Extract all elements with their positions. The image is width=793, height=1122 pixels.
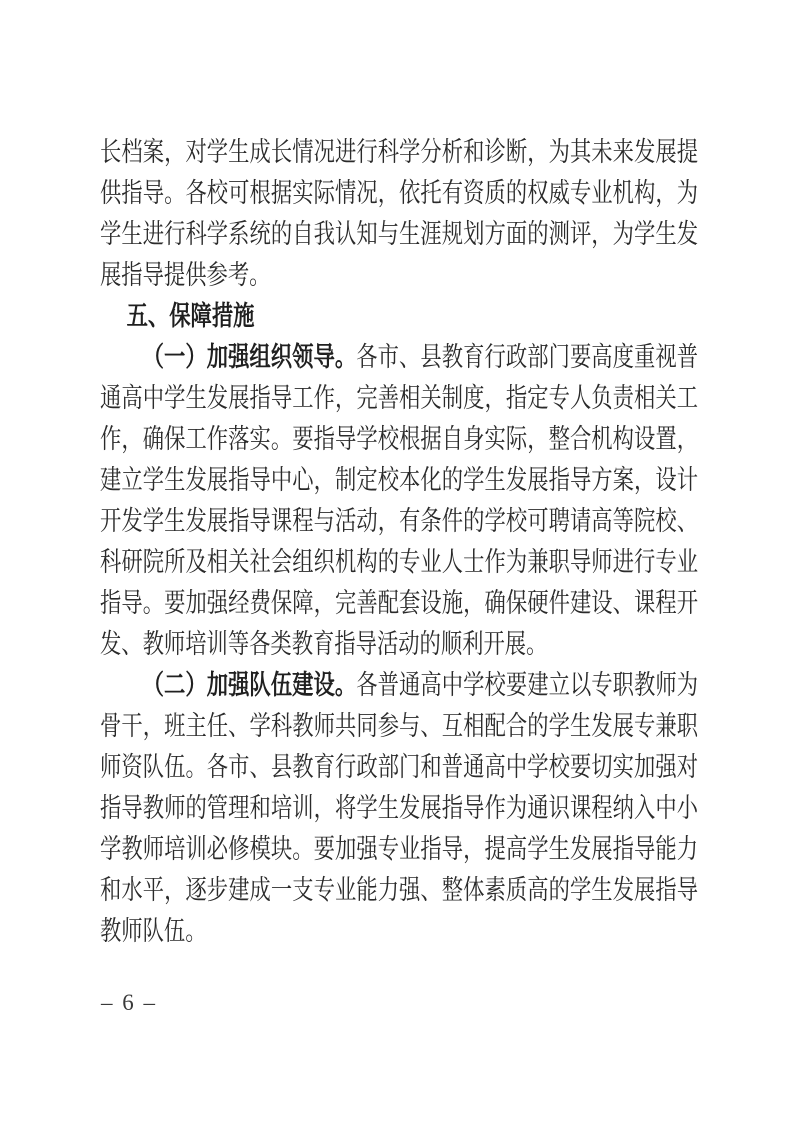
page-number: – 6 – — [101, 990, 157, 1016]
subsection-1-lead: （一）加强组织领导。 — [143, 342, 357, 372]
subsection-1-paragraph: （一）加强组织领导。各市、县教育行政部门要高度重视普通高中学生发展指导工作，完善… — [100, 337, 698, 665]
subsection-2-text: 各普通高中学校要建立以专职教师为骨干，班主任、学科教师共同参与、互相配合的学生发… — [100, 670, 698, 946]
section-heading: 五、保障措施 — [100, 296, 698, 337]
document-body: 长档案，对学生成长情况进行科学分析和诊断，为其未来发展提供指导。各校可根据实际情… — [100, 132, 698, 952]
paragraph-continuation: 长档案，对学生成长情况进行科学分析和诊断，为其未来发展提供指导。各校可根据实际情… — [100, 132, 698, 296]
document-page: 长档案，对学生成长情况进行科学分析和诊断，为其未来发展提供指导。各校可根据实际情… — [0, 0, 793, 1122]
subsection-2-lead: （二）加强队伍建设。 — [143, 670, 357, 700]
subsection-1-text: 各市、县教育行政部门要高度重视普通高中学生发展指导工作，完善相关制度，指定专人负… — [100, 342, 698, 659]
subsection-2-paragraph: （二）加强队伍建设。各普通高中学校要建立以专职教师为骨干，班主任、学科教师共同参… — [100, 665, 698, 952]
